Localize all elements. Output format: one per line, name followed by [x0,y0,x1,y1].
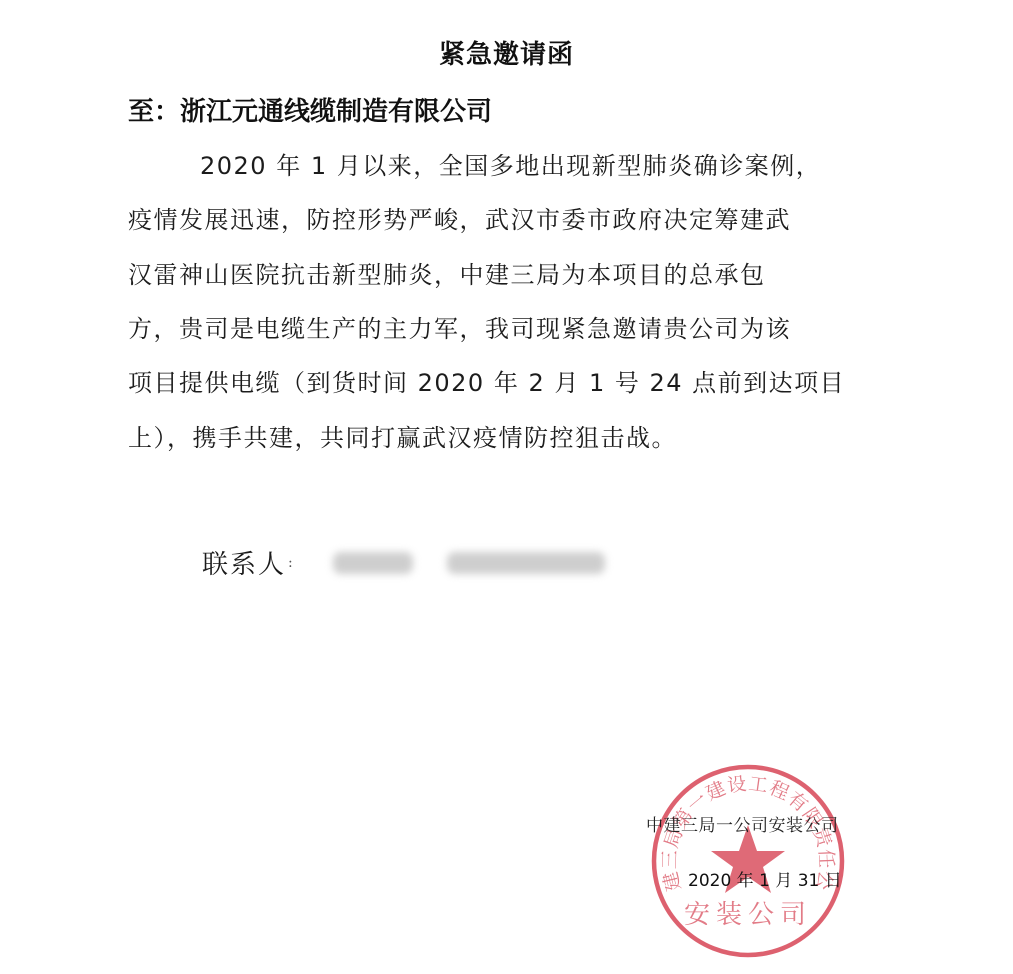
contact-label: 联系人 [202,544,286,581]
contact-colon: : [288,555,293,571]
recipient-line: 至：浙江元通线缆制造有限公司 [128,91,492,128]
body-line-1: 2020 年 1 月以来，全国多地出现新型肺炎确诊案例， [200,151,876,181]
seal-center-text: 安装公司 [684,900,812,930]
redacted-contact-phone [447,552,605,574]
body-line-4: 方，贵司是电缆生产的主力军，我司现紧急邀请贵公司为该 [128,314,876,344]
body-line-6: 上），携手共建，共同打赢武汉疫情防控狙击战。 [128,423,876,453]
company-seal: 中建三局第一建设工程有限责任公司 安装公司 [650,763,846,959]
document-title: 紧急邀请函 [0,34,1013,71]
signature-company: 中建三局一公司安装公司 [646,811,839,836]
contact-line: 联系人 : [202,544,605,581]
body-line-5: 项目提供电缆（到货时间 2020 年 2 月 1 号 24 点前到达项目 [128,368,876,398]
body-line-3: 汉雷神山医院抗击新型肺炎，中建三局为本项目的总承包 [128,260,876,290]
redacted-contact-name [333,552,413,574]
body-line-2: 疫情发展迅速，防控形势严峻，武汉市委市政府决定筹建武 [128,205,876,235]
signature-date: 2020 年 1 月 31 日 [688,866,842,891]
